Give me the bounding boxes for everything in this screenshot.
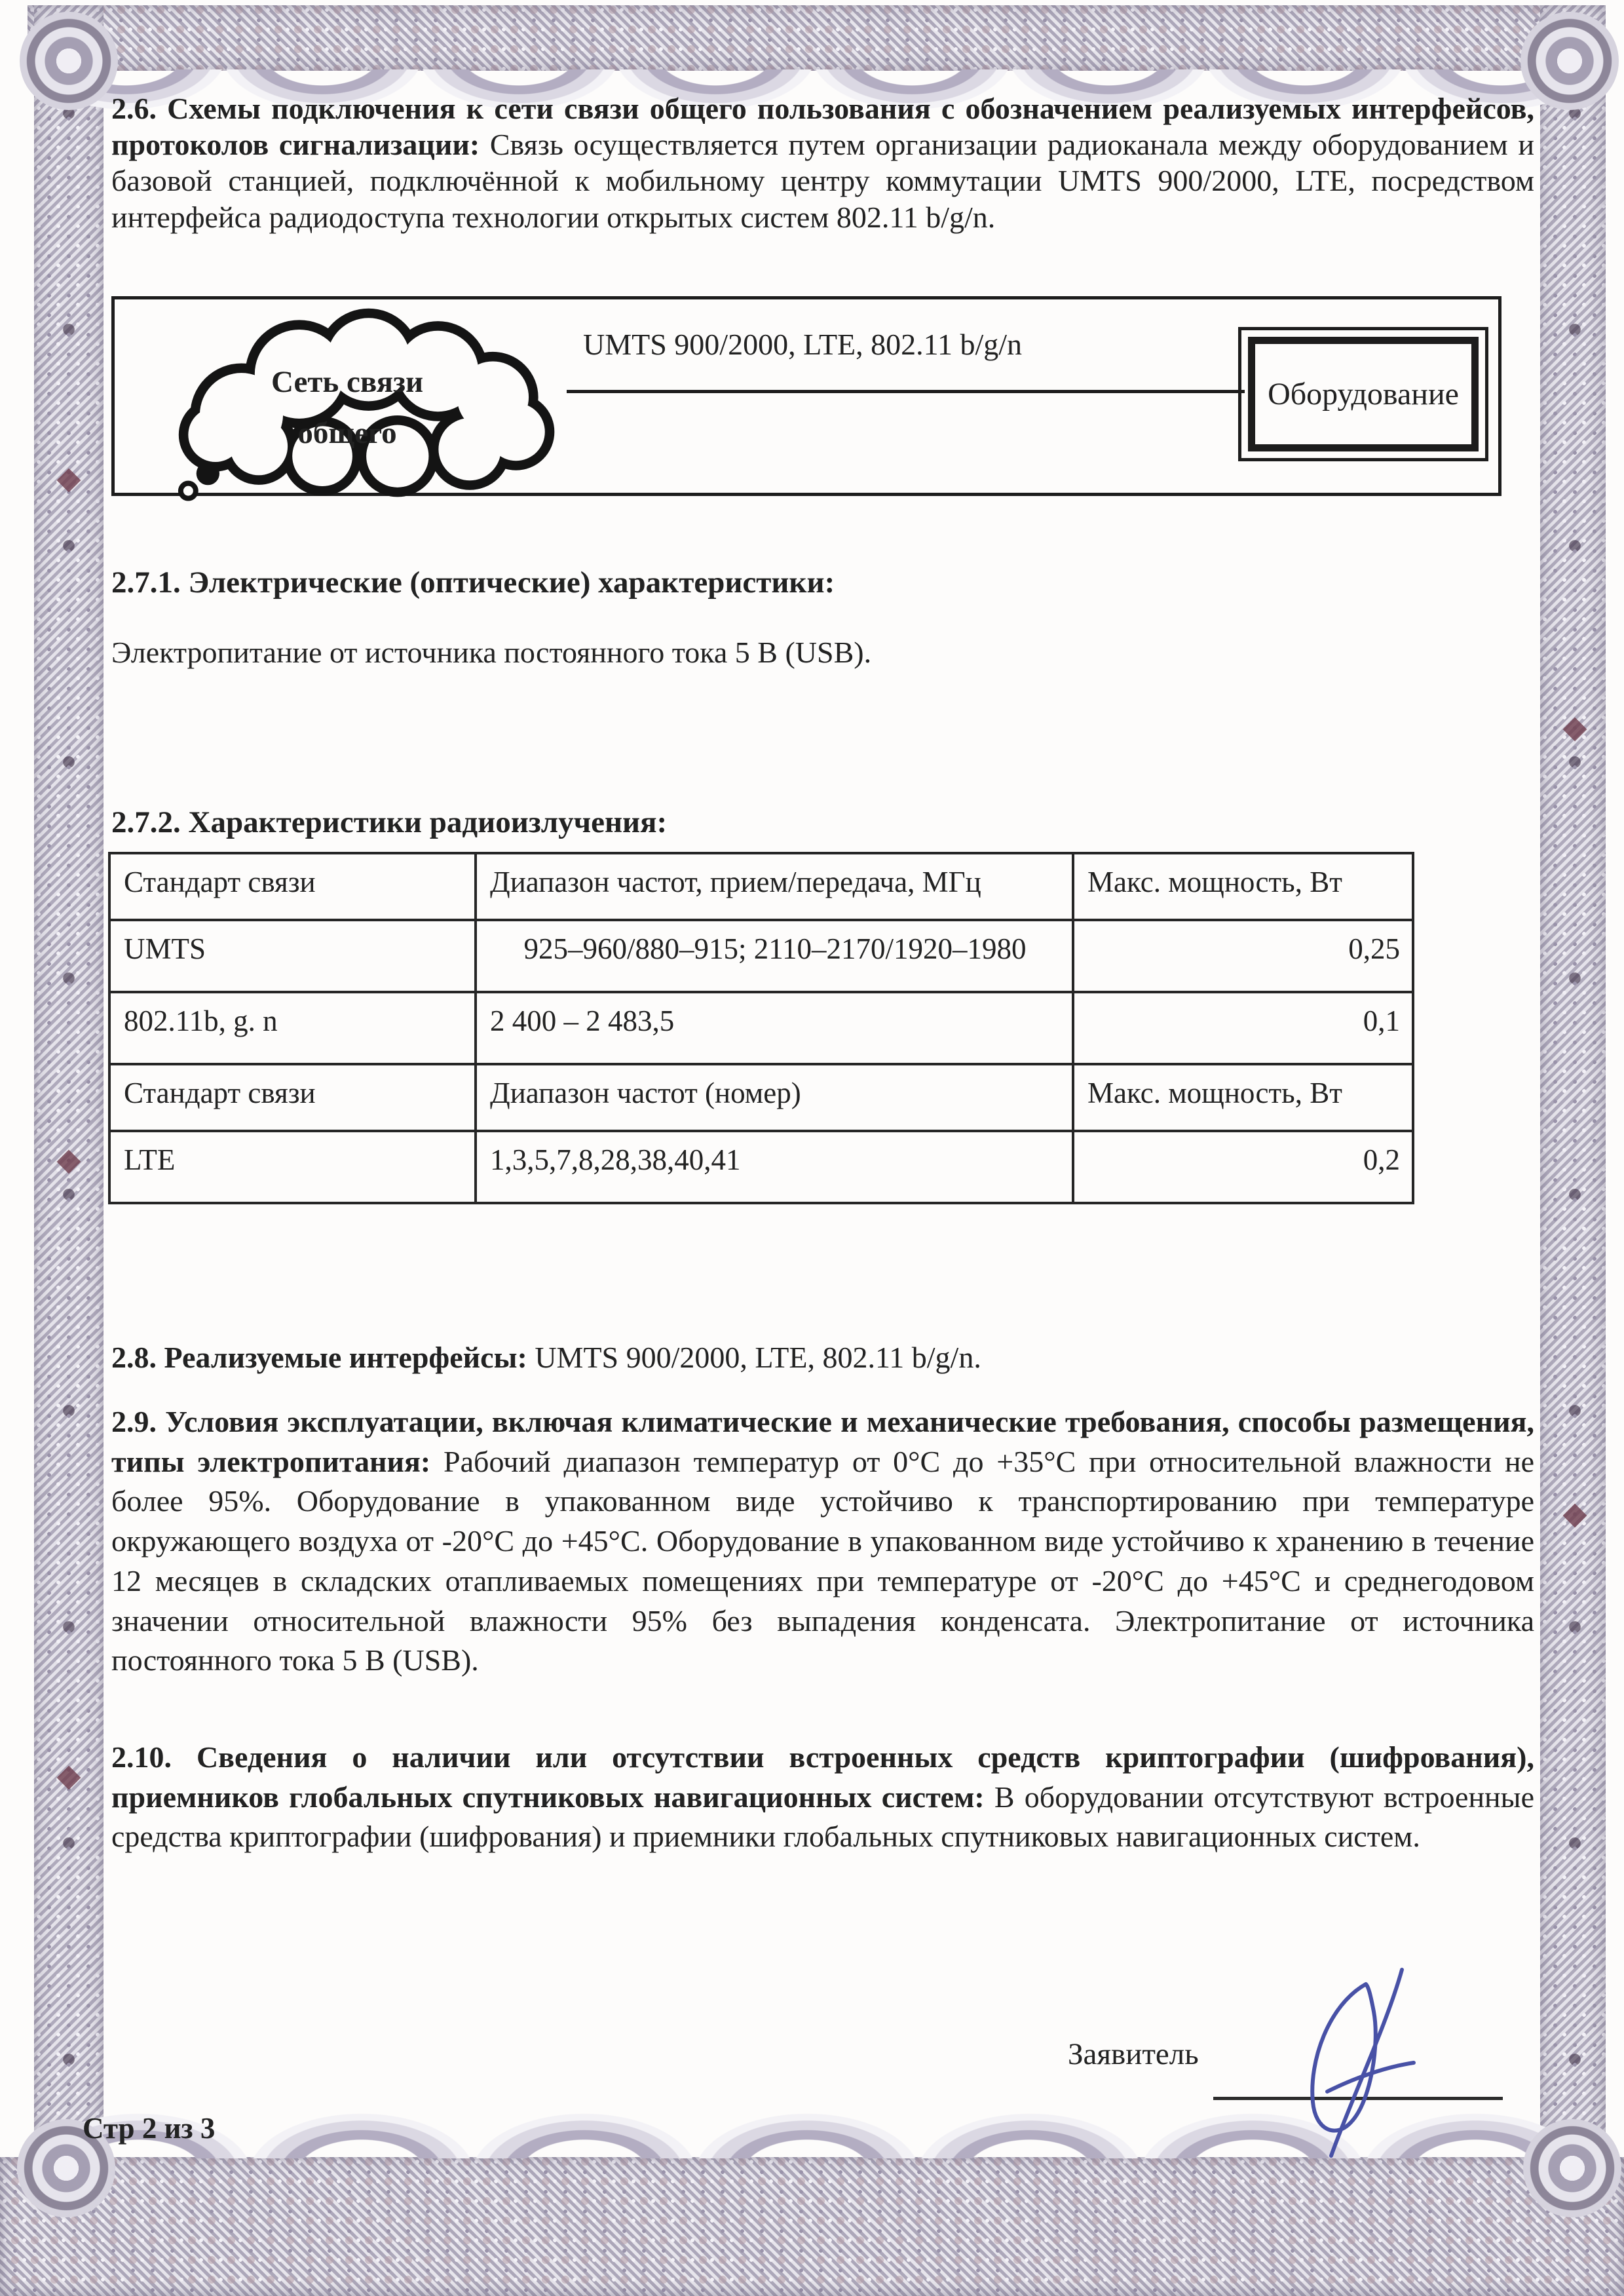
section-2-10-paragraph: 2.10. Сведения о наличии или отсутствии …	[111, 1738, 1534, 1857]
cloud-label: Сеть связи общего	[193, 357, 501, 459]
equipment-box: Оборудование	[1238, 327, 1488, 461]
section-2-7-2-heading: 2.7.2. Характеристики радиоизлучения:	[111, 805, 1534, 840]
cloud-tail-bubble-icon	[181, 484, 196, 499]
page-number: Стр 2 из 3	[83, 2111, 215, 2145]
corner-rosette-icon	[20, 12, 118, 110]
cell-frequency: 925–960/880–915; 2110–2170/1920–1980	[476, 920, 1073, 992]
cell-power: 0,25	[1073, 920, 1413, 992]
table-header-power: Макс. мощность, Вт	[1073, 1064, 1413, 1131]
cell-power: 0,1	[1073, 992, 1413, 1064]
cell-standard: LTE	[109, 1131, 476, 1203]
network-diagram: Сеть связи общего UMTS 900/2000, LTE, 80…	[111, 296, 1501, 496]
cell-frequency: 2 400 – 2 483,5	[476, 992, 1073, 1064]
cloud-label-line2: общего	[193, 408, 501, 459]
table-row: 802.11b, g. n 2 400 – 2 483,5 0,1	[109, 992, 1413, 1064]
cell-power: 0,2	[1073, 1131, 1413, 1203]
decorative-border-bottom	[0, 2157, 1624, 2296]
section-2-9-paragraph: 2.9. Условия эксплуатации, включая клима…	[111, 1402, 1534, 1681]
applicant-signature	[1245, 1966, 1461, 2175]
table-header-frequency: Диапазон частот (номер)	[476, 1064, 1073, 1131]
table-row: LTE 1,3,5,7,8,28,38,40,41 0,2	[109, 1131, 1413, 1203]
radio-link-label: UMTS 900/2000, LTE, 802.11 b/g/n	[583, 327, 1022, 362]
table-row: Стандарт связи Диапазон частот (номер) М…	[109, 1064, 1413, 1131]
decorative-border-top	[28, 5, 1604, 71]
table-row: UMTS 925–960/880–915; 2110–2170/1920–198…	[109, 920, 1413, 992]
table-header-power: Макс. мощность, Вт	[1073, 853, 1413, 920]
section-2-8-body: UMTS 900/2000, LTE, 802.11 b/g/n.	[527, 1341, 981, 1374]
corner-rosette-icon	[1523, 2119, 1621, 2217]
equipment-label: Оборудование	[1248, 337, 1479, 451]
cell-frequency: 1,3,5,7,8,28,38,40,41	[476, 1131, 1073, 1203]
radio-characteristics-table: Стандарт связи Диапазон частот, прием/пе…	[108, 852, 1414, 1204]
decorative-border-right	[1540, 5, 1606, 2160]
signature-ink	[1312, 1970, 1414, 2156]
section-2-7-1-heading: 2.7.1. Электрические (оптические) характ…	[111, 565, 1534, 600]
document-page: 2.6. Схемы подключения к сети связи обще…	[0, 0, 1624, 2296]
radio-link-line	[567, 390, 1245, 393]
table-header-standard: Стандарт связи	[109, 853, 476, 920]
section-2-8-title: 2.8. Реализуемые интерфейсы:	[111, 1341, 527, 1374]
cell-standard: 802.11b, g. n	[109, 992, 476, 1064]
table-header-standard: Стандарт связи	[109, 1064, 476, 1131]
section-2-8-paragraph: 2.8. Реализуемые интерфейсы: UMTS 900/20…	[111, 1338, 1534, 1378]
decorative-border-left	[34, 5, 104, 2160]
section-2-7-1-body: Электропитание от источника постоянного …	[111, 633, 1534, 673]
section-2-6-paragraph: 2.6. Схемы подключения к сети связи обще…	[111, 90, 1534, 235]
cell-standard: UMTS	[109, 920, 476, 992]
section-2-9-body: Рабочий диапазон температур от 0°С до +3…	[111, 1445, 1534, 1677]
corner-rosette-icon	[1520, 12, 1619, 110]
table-header-frequency: Диапазон частот, прием/передача, МГц	[476, 853, 1073, 920]
applicant-label: Заявитель	[1068, 2037, 1199, 2072]
table-row: Стандарт связи Диапазон частот, прием/пе…	[109, 853, 1413, 920]
cloud-tail-dot-icon	[197, 462, 219, 485]
cloud-label-line1: Сеть связи	[193, 357, 501, 408]
